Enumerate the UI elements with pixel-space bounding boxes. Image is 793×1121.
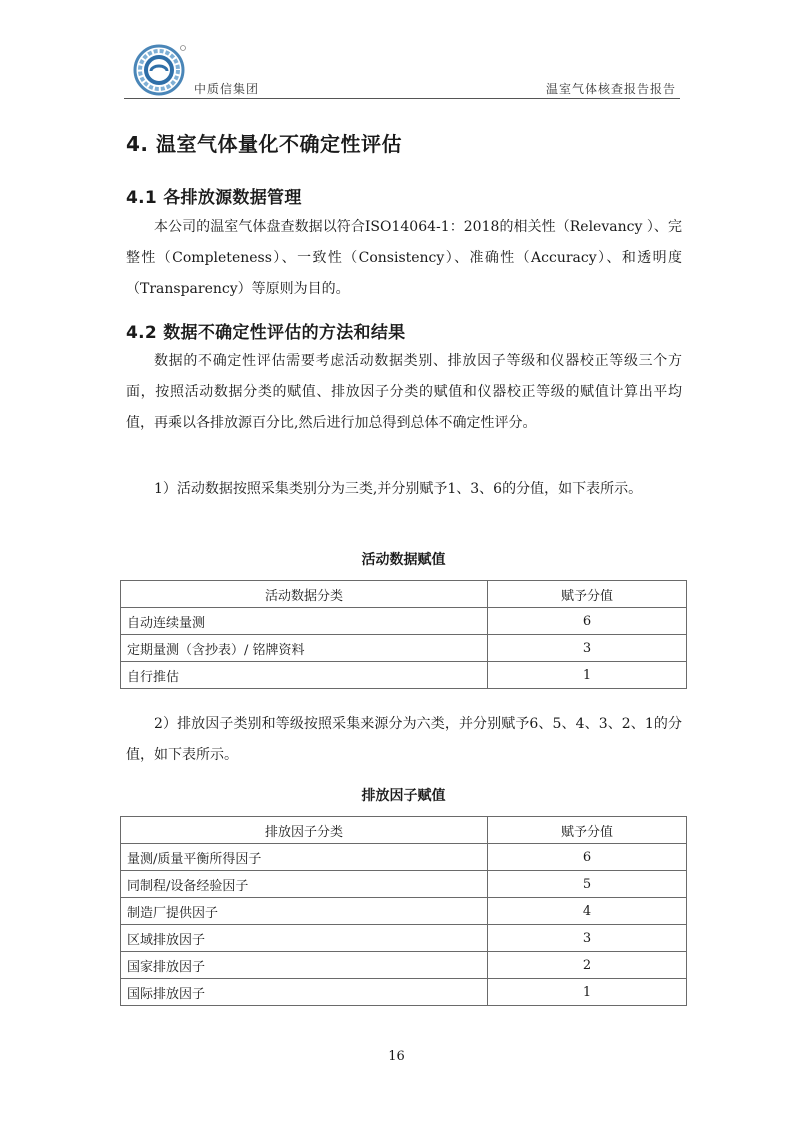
- cell-score: 2: [488, 952, 687, 979]
- paragraph-uncertainty-method: 数据的不确定性评估需要考虑活动数据类别、排放因子等级和仪器校正等级三个方面，按照…: [126, 346, 682, 439]
- cell-score: 5: [488, 871, 687, 898]
- table-row: 区域排放因子 3: [121, 925, 687, 952]
- subsection-title-4-2: 4.2 数据不确定性评估的方法和结果: [126, 318, 405, 343]
- header-divider: [124, 98, 680, 99]
- table-row: 自行推估 1: [121, 662, 687, 689]
- emission-factor-table: 排放因子分类 赋予分值 量测/质量平衡所得因子 6 同制程/设备经验因子 5 制…: [120, 816, 687, 1006]
- column-header-category: 活动数据分类: [121, 581, 488, 608]
- page-number: 16: [0, 1049, 793, 1064]
- subsection-title-4-1: 4.1 各排放源数据管理: [126, 183, 302, 208]
- cell-category: 制造厂提供因子: [121, 898, 488, 925]
- cell-category: 自行推估: [121, 662, 488, 689]
- table-row: 定期量测（含抄表）/ 铭牌资料 3: [121, 635, 687, 662]
- cell-score: 1: [488, 979, 687, 1006]
- paragraph-activity-data-item: 1）活动数据按照采集类别分为三类,并分别赋予1、3、6的分值，如下表所示。: [126, 474, 682, 505]
- column-header-score: 赋予分值: [488, 581, 687, 608]
- table-header-row: 排放因子分类 赋予分值: [121, 817, 687, 844]
- cell-category: 国际排放因子: [121, 979, 488, 1006]
- cell-category: 国家排放因子: [121, 952, 488, 979]
- cell-score: 4: [488, 898, 687, 925]
- cell-category: 自动连续量测: [121, 608, 488, 635]
- section-title: 4. 温室气体量化不确定性评估: [126, 128, 402, 157]
- column-header-category: 排放因子分类: [121, 817, 488, 844]
- table-header-row: 活动数据分类 赋予分值: [121, 581, 687, 608]
- table-row: 国家排放因子 2: [121, 952, 687, 979]
- cell-score: 3: [488, 925, 687, 952]
- table-row: 制造厂提供因子 4: [121, 898, 687, 925]
- paragraph-data-management: 本公司的温室气体盘查数据以符合ISO14064-1：2018的相关性（Relev…: [126, 212, 682, 305]
- cell-category: 量测/质量平衡所得因子: [121, 844, 488, 871]
- cell-category: 定期量测（含抄表）/ 铭牌资料: [121, 635, 488, 662]
- cell-category: 区域排放因子: [121, 925, 488, 952]
- activity-data-table: 活动数据分类 赋予分值 自动连续量测 6 定期量测（含抄表）/ 铭牌资料 3 自…: [120, 580, 687, 689]
- cell-score: 6: [488, 608, 687, 635]
- table-row: 同制程/设备经验因子 5: [121, 871, 687, 898]
- cell-score: 1: [488, 662, 687, 689]
- table-caption-factor: 排放因子赋值: [120, 785, 687, 805]
- header-company-name: 中质信集团: [194, 80, 259, 97]
- cell-score: 3: [488, 635, 687, 662]
- cell-category: 同制程/设备经验因子: [121, 871, 488, 898]
- table-row: 自动连续量测 6: [121, 608, 687, 635]
- table-caption-activity: 活动数据赋值: [120, 549, 687, 569]
- company-logo-icon: [133, 40, 189, 96]
- table-row: 国际排放因子 1: [121, 979, 687, 1006]
- column-header-score: 赋予分值: [488, 817, 687, 844]
- cell-score: 6: [488, 844, 687, 871]
- paragraph-emission-factor-item: 2）排放因子类别和等级按照采集来源分为六类，并分别赋予6、5、4、3、2、1的分…: [126, 709, 682, 771]
- table-row: 量测/质量平衡所得因子 6: [121, 844, 687, 871]
- header-report-title: 温室气体核查报告报告: [546, 80, 676, 97]
